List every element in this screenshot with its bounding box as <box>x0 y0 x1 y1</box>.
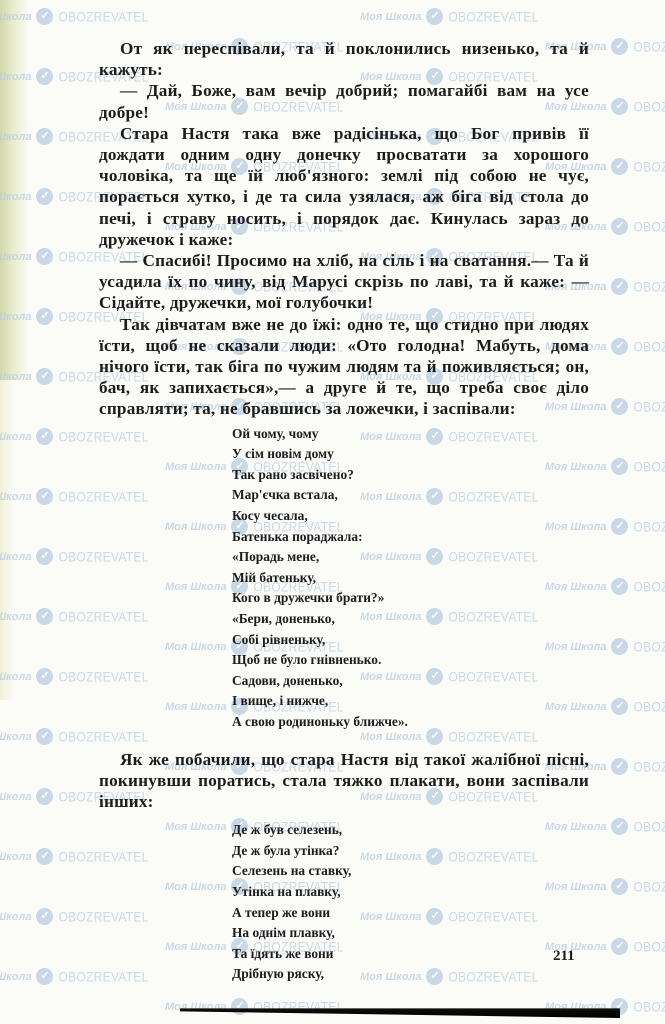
verse-line: Косу чесала, <box>232 506 589 527</box>
verse-line: Так рано засвічено? <box>232 465 589 486</box>
verse-line: Утінка на плавку, <box>232 882 589 903</box>
watermark-brand-label: OBOZREVATEL <box>633 578 665 594</box>
obozrevatel-logo-icon: ✓ <box>611 338 628 355</box>
obozrevatel-logo-icon: ✓ <box>36 128 53 145</box>
verse-line: Садови, доненько, <box>232 671 589 692</box>
watermark-school-label: Моя Школа <box>0 971 31 983</box>
obozrevatel-logo-icon: ✓ <box>611 158 628 175</box>
watermark-school-label: Моя Школа <box>360 11 421 23</box>
verse-line: Та їдять же вони <box>232 944 589 965</box>
verse-line: Мар'єчка встала, <box>232 485 589 506</box>
page-edge-shading-lower <box>0 380 14 700</box>
verse-line: Мій батеньку, <box>232 568 589 589</box>
watermark-brand-label: OBOZREVATEL <box>633 278 665 294</box>
watermark-brand-label: OBOZREVATEL <box>633 638 665 654</box>
song-verse-2: Де ж був селезень, Де ж була утінка? Сел… <box>232 820 589 985</box>
obozrevatel-logo-icon: ✓ <box>611 518 628 535</box>
paragraph: Стара Настя така вже радісінька, що Бог … <box>99 123 589 250</box>
watermark-brand-label: OBOZREVATEL <box>633 218 665 234</box>
obozrevatel-logo-icon: ✓ <box>36 848 53 865</box>
verse-line: Кого в дружечки брати?» <box>232 588 589 609</box>
obozrevatel-logo-icon: ✓ <box>611 578 628 595</box>
obozrevatel-logo-icon: ✓ <box>36 8 53 25</box>
obozrevatel-logo-icon: ✓ <box>36 308 53 325</box>
book-page-content: От як переспівали, та й поклонились низе… <box>99 38 589 985</box>
watermark-brand-label: OBOZREVATEL <box>633 938 665 954</box>
watermark-brand-label: OBOZREVATEL <box>633 758 665 774</box>
page-number: 211 <box>553 948 575 965</box>
verse-line: У сім новім дому <box>232 444 589 465</box>
verse-line: Щоб не було гнівненько. <box>232 650 589 671</box>
watermark-brand-label: OBOZREVATEL <box>633 98 665 114</box>
obozrevatel-logo-icon: ✓ <box>36 668 53 685</box>
watermark-brand-label: OBOZREVATEL <box>633 698 665 714</box>
verse-line: Ой чому, чому <box>232 424 589 445</box>
prose-block-middle: Як же побачили, що стара Настя від такої… <box>99 749 589 813</box>
watermark-brand-label: OBOZREVATEL <box>633 338 665 354</box>
song-verse-1: Ой чому, чому У сім новім дому Так рано … <box>232 424 589 733</box>
obozrevatel-logo-icon: ✓ <box>36 908 53 925</box>
verse-line: А тепер же вони <box>232 903 589 924</box>
obozrevatel-logo-icon: ✓ <box>611 398 628 415</box>
obozrevatel-logo-icon: ✓ <box>231 998 248 1015</box>
obozrevatel-logo-icon: ✓ <box>611 458 628 475</box>
verse-line: Селезень на ставку, <box>232 861 589 882</box>
obozrevatel-logo-icon: ✓ <box>611 818 628 835</box>
obozrevatel-logo-icon: ✓ <box>611 638 628 655</box>
verse-line: А свою родиноньку ближче». <box>232 712 589 733</box>
verse-line: І вище, і нижче, <box>232 691 589 712</box>
watermark-brand-label: OBOZREVATEL <box>633 38 665 54</box>
paragraph: От як переспівали, та й поклонились низе… <box>99 38 589 80</box>
verse-line: Собі рівненьку, <box>232 630 589 651</box>
prose-block-top: От як переспівали, та й поклонились низе… <box>99 38 589 420</box>
watermark-school-label: Моя Школа <box>0 911 31 923</box>
obozrevatel-logo-icon: ✓ <box>36 188 53 205</box>
verse-line: На однім плавку, <box>232 923 589 944</box>
obozrevatel-logo-icon: ✓ <box>611 938 628 955</box>
obozrevatel-logo-icon: ✓ <box>36 608 53 625</box>
watermark-brand-label: OBOZREVATEL <box>633 998 665 1014</box>
obozrevatel-logo-icon: ✓ <box>611 38 628 55</box>
watermark-brand-label: OBOZREVATEL <box>633 158 665 174</box>
obozrevatel-logo-icon: ✓ <box>611 698 628 715</box>
page-bottom-shadow <box>180 1006 620 1018</box>
verse-line: «Порадь мене, <box>232 547 589 568</box>
verse-line: Дрібную ряску, <box>232 964 589 985</box>
watermark-brand-label: OBOZREVATEL <box>633 878 665 894</box>
verse-line: Де ж був селезень, <box>232 820 589 841</box>
obozrevatel-logo-icon: ✓ <box>36 368 53 385</box>
watermark-school-label: Моя Школа <box>0 851 31 863</box>
watermark-school-label: Моя Школа <box>0 731 31 743</box>
watermark-brand-label: OBOZREVATEL <box>58 8 148 24</box>
obozrevatel-logo-icon: ✓ <box>36 248 53 265</box>
obozrevatel-logo-icon: ✓ <box>36 968 53 985</box>
obozrevatel-logo-icon: ✓ <box>611 878 628 895</box>
page-edge-shading <box>0 0 30 380</box>
paragraph: — Дай, Боже, вам вечір добрий; помагайбі… <box>99 80 589 122</box>
verse-line: Батенька пораджала: <box>232 527 589 548</box>
obozrevatel-logo-icon: ✓ <box>36 488 53 505</box>
paragraph: Як же побачили, що стара Настя від такої… <box>99 749 589 813</box>
verse-line: «Бери, доненько, <box>232 609 589 630</box>
watermark-brand-label: OBOZREVATEL <box>633 458 665 474</box>
paragraph: Так дівчатам вже не до їжі: одно те, що … <box>99 314 589 420</box>
paragraph: — Спасибі! Просимо на хліб, на сіль і на… <box>99 250 589 314</box>
obozrevatel-logo-icon: ✓ <box>36 428 53 445</box>
watermark-brand-label: OBOZREVATEL <box>633 818 665 834</box>
obozrevatel-logo-icon: ✓ <box>426 8 443 25</box>
watermark-brand-label: OBOZREVATEL <box>448 8 538 24</box>
obozrevatel-logo-icon: ✓ <box>36 68 53 85</box>
obozrevatel-logo-icon: ✓ <box>611 218 628 235</box>
obozrevatel-logo-icon: ✓ <box>611 98 628 115</box>
obozrevatel-logo-icon: ✓ <box>611 278 628 295</box>
obozrevatel-logo-icon: ✓ <box>611 758 628 775</box>
obozrevatel-logo-icon: ✓ <box>36 548 53 565</box>
watermark-brand-label: OBOZREVATEL <box>633 518 665 534</box>
watermark-stamp: Моя Школа✓OBOZREVATEL <box>360 8 539 25</box>
verse-line: Де ж була утінка? <box>232 841 589 862</box>
watermark-school-label: Моя Школа <box>0 791 31 803</box>
obozrevatel-logo-icon: ✓ <box>36 728 53 745</box>
obozrevatel-logo-icon: ✓ <box>36 788 53 805</box>
watermark-brand-label: OBOZREVATEL <box>633 398 665 414</box>
